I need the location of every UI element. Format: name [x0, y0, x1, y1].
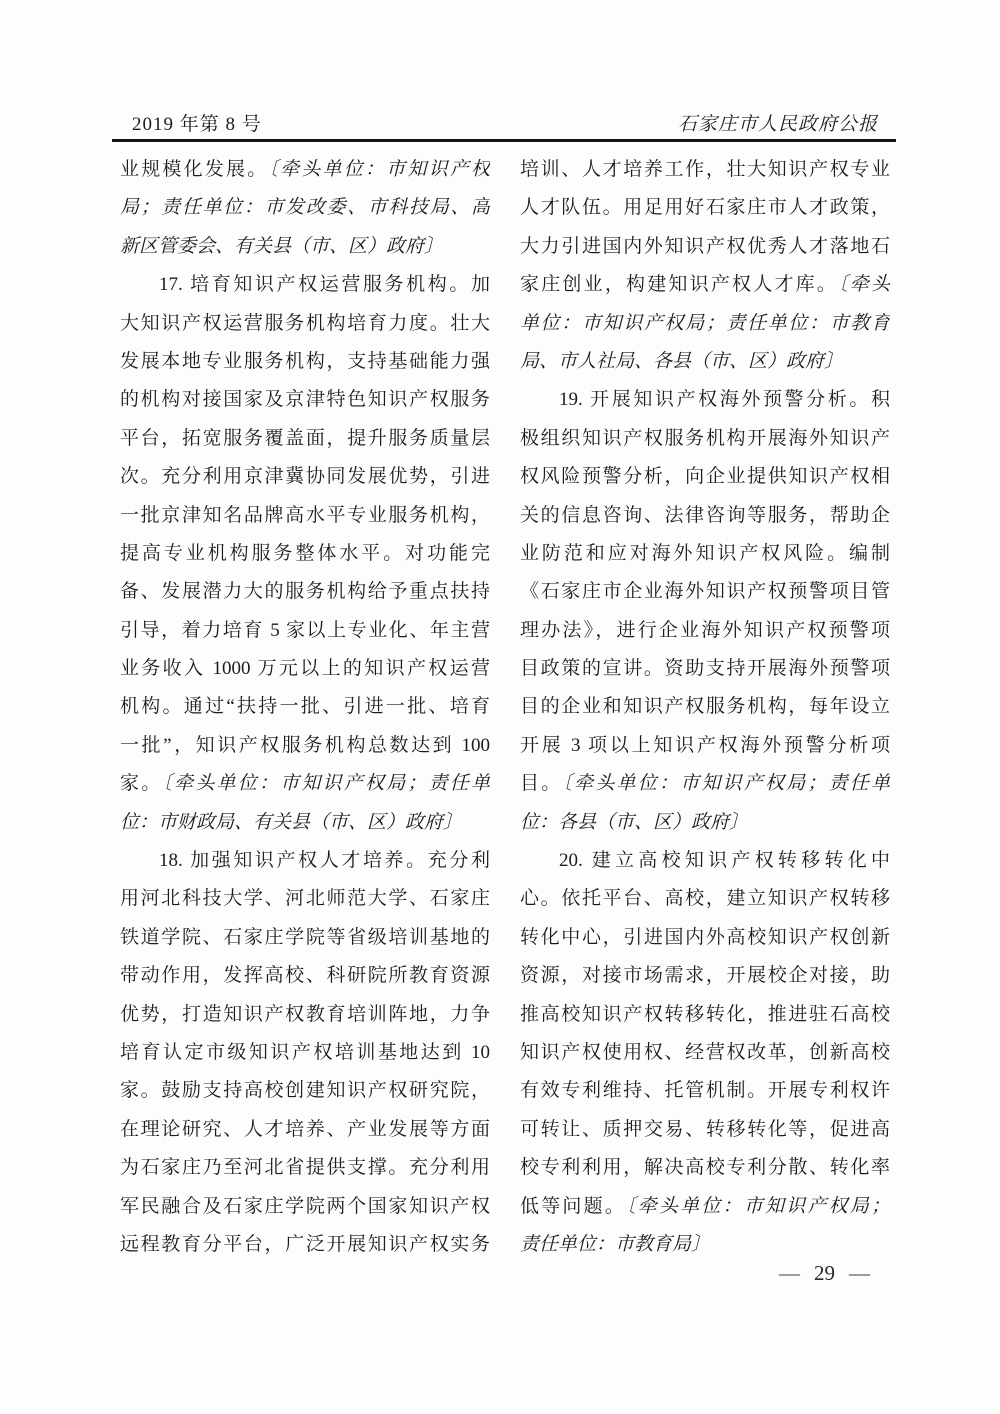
text-line: 人才队伍。用足用好石家庄市人才政策， — [520, 189, 890, 227]
body-text-segment: 转化中心，引进国内外高校知识产权创新 — [520, 927, 890, 948]
body-text-segment: 关的信息咨询、法律咨询等服务，帮助企 — [520, 505, 890, 526]
text-line: 极组织知识产权服务机构开展海外知识产 — [520, 420, 890, 458]
text-line: 铁道学院、石家庄学院等省级培训基地的 — [120, 919, 490, 957]
body-text-segment: 人才队伍。用足用好石家庄市人才政策， — [520, 197, 890, 218]
column-right: 培训、人才培养工作，壮大知识产权专业人才队伍。用足用好石家庄市人才政策，大力引进… — [520, 151, 890, 1264]
body-text-segment: 目。 — [520, 773, 562, 794]
text-line: 培育认定市级知识产权培训基地达到 10 — [120, 1034, 490, 1072]
body-text-segment: 为石家庄乃至河北省提供支撑。充分利用 — [120, 1157, 490, 1178]
body-text-segment: 用河北科技大学、河北师范大学、石家庄 — [120, 888, 490, 909]
body-text-segment: 优势，打造知识产权教育培训阵地，力争 — [120, 1004, 490, 1025]
body-text-segment: 业防范和应对海外知识产权风险。编制 — [520, 543, 890, 564]
text-line: 为石家庄乃至河北省提供支撑。充分利用 — [120, 1149, 490, 1187]
text-line: 20. 建立高校知识产权转移转化中 — [520, 842, 890, 880]
annotation-text-segment: 位：市财政局、有关县（市、区）政府〕 — [120, 812, 462, 833]
body-text-segment: 培育认定市级知识产权培训基地达到 10 — [120, 1042, 490, 1063]
text-line: 17. 培育知识产权运营服务机构。加 — [120, 266, 490, 304]
body-text-segment: 提高专业机构服务整体水平。对功能完 — [120, 543, 490, 564]
body-text-segment: 培训、人才培养工作，壮大知识产权专业 — [520, 159, 890, 180]
annotation-text-segment: 位：各县（市、区）政府〕 — [520, 812, 748, 833]
body-text-segment: 资源，对接市场需求，开展校企对接，助 — [520, 965, 890, 986]
body-text-segment: 业规模化发展。 — [120, 159, 268, 180]
text-line: 局；责任单位：市发改委、市科技局、高 — [120, 189, 490, 227]
annotation-text-segment: 局、市人社局、各县（市、区）政府〕 — [520, 351, 843, 372]
text-line: 的机构对接国家及京津特色知识产权服务 — [120, 381, 490, 419]
body-text-segment: 一批京津知名品牌高水平专业服务机构， — [120, 505, 490, 526]
body-text-segment: 平台，拓宽服务覆盖面，提升服务质量层 — [120, 428, 490, 449]
body-text-segment: 目的企业和知识产权服务机构，每年设立 — [520, 696, 890, 717]
text-line: 军民融合及石家庄学院两个国家知识产权 — [120, 1188, 490, 1226]
body-text-segment: 20. 建立高校知识产权转移转化中 — [559, 850, 890, 871]
body-text-segment: 开展 3 项以上知识产权海外预警分析项 — [520, 735, 890, 756]
body-text-segment: 校专利利用，解决高校专利分散、转化率 — [520, 1157, 890, 1178]
text-line: 业防范和应对海外知识产权风险。编制 — [520, 535, 890, 573]
body-text-segment: 知识产权使用权、经营权改革，创新高校 — [520, 1042, 890, 1063]
text-line: 平台，拓宽服务覆盖面，提升服务质量层 — [120, 420, 490, 458]
text-line: 知识产权使用权、经营权改革，创新高校 — [520, 1034, 890, 1072]
text-line: 发展本地专业服务机构，支持基础能力强 — [120, 343, 490, 381]
text-line: 心。依托平台、高校，建立知识产权转移 — [520, 880, 890, 918]
annotation-text-segment: 〔牵头单位：市知识产权局；责任单 — [562, 773, 890, 794]
text-line: 远程教育分平台，广泛开展知识产权实务 — [120, 1226, 490, 1264]
text-line: 在理论研究、人才培养、产业发展等方面 — [120, 1111, 490, 1149]
body-text-segment: 业务收入 1000 万元以上的知识产权运营 — [120, 658, 490, 679]
body-text-segment: 家庄创业，构建知识产权人才库。 — [520, 274, 838, 295]
annotation-text-segment: 单位：市知识产权局；责任单位：市教育 — [520, 313, 890, 334]
body-text-segment: 极组织知识产权服务机构开展海外知识产 — [520, 428, 890, 449]
body-text-segment: 家。 — [120, 773, 162, 794]
text-line: 提高专业机构服务整体水平。对功能完 — [120, 535, 490, 573]
issue-number: 2019 年第 8 号 — [132, 115, 262, 134]
text-line: 业规模化发展。〔牵头单位：市知识产权 — [120, 151, 490, 189]
text-line: 培训、人才培养工作，壮大知识产权专业 — [520, 151, 890, 189]
body-text-segment: 心。依托平台、高校，建立知识产权转移 — [520, 888, 890, 909]
text-line: 关的信息咨询、法律咨询等服务，帮助企 — [520, 497, 890, 535]
text-line: 一批京津知名品牌高水平专业服务机构， — [120, 497, 490, 535]
gazette-title: 石家庄市人民政府公报 — [678, 115, 878, 134]
page-number: — 29 — — [779, 1256, 870, 1290]
body-text-segment: 推高校知识产权转移转化，推进驻石高校 — [520, 1004, 890, 1025]
column-left: 业规模化发展。〔牵头单位：市知识产权局；责任单位：市发改委、市科技局、高新区管委… — [120, 151, 490, 1264]
body-text-segment: 引导，着力培育 5 家以上专业化、年主营 — [120, 620, 490, 641]
text-line: 业务收入 1000 万元以上的知识产权运营 — [120, 650, 490, 688]
page-number-dash-right: — — [849, 1261, 870, 1286]
text-line: 开展 3 项以上知识产权海外预警分析项 — [520, 727, 890, 765]
text-line: 校专利利用，解决高校专利分散、转化率 — [520, 1149, 890, 1187]
body-text-segment: 在理论研究、人才培养、产业发展等方面 — [120, 1119, 490, 1140]
text-line: 可转让、质押交易、转移转化等，促进高 — [520, 1111, 890, 1149]
body-text-segment: 大知识产权运营服务机构培育力度。壮大 — [120, 313, 490, 334]
page-header: 2019 年第 8 号 石家庄市人民政府公报 — [120, 100, 890, 134]
body-text-segment: 军民融合及石家庄学院两个国家知识产权 — [120, 1196, 490, 1217]
annotation-text-segment: 〔牵头单位：市知识产权局； — [626, 1196, 890, 1217]
body-text-segment: 有效专利维持、托管机制。开展专利权许 — [520, 1080, 890, 1101]
body-text-segment: 17. 培育知识产权运营服务机构。加 — [159, 274, 490, 295]
text-line: 家。鼓励支持高校创建知识产权研究院， — [120, 1072, 490, 1110]
body-text-segment: 远程教育分平台，广泛开展知识产权实务 — [120, 1234, 490, 1255]
text-line: 次。充分利用京津冀协同发展优势，引进 — [120, 458, 490, 496]
text-line: 大力引进国内外知识产权优秀人才落地石 — [520, 228, 890, 266]
body-text-segment: 备、发展潜力大的服务机构给予重点扶持 — [120, 581, 490, 602]
annotation-text-segment: 局；责任单位：市发改委、市科技局、高 — [120, 197, 490, 218]
text-line: 一批”，知识产权服务机构总数达到 100 — [120, 727, 490, 765]
body-text-segment: 机构。通过“扶持一批、引进一批、培育 — [120, 696, 490, 717]
body-text-segment: 19. 开展知识产权海外预警分析。积 — [559, 389, 890, 410]
text-line: 家庄创业，构建知识产权人才库。〔牵头 — [520, 266, 890, 304]
body-text-segment: 可转让、质押交易、转移转化等，促进高 — [520, 1119, 890, 1140]
body-text-segment: 的机构对接国家及京津特色知识产权服务 — [120, 389, 490, 410]
text-line: 低等问题。〔牵头单位：市知识产权局； — [520, 1188, 890, 1226]
text-line: 位：各县（市、区）政府〕 — [520, 804, 890, 842]
body-text-segment: 一批”，知识产权服务机构总数达到 100 — [120, 735, 490, 756]
text-line: 目。〔牵头单位：市知识产权局；责任单 — [520, 765, 890, 803]
text-line: 带动作用，发挥高校、科研院所教育资源 — [120, 957, 490, 995]
text-line: 18. 加强知识产权人才培养。充分利 — [120, 842, 490, 880]
text-line: 目政策的宣讲。资助支持开展海外预警项 — [520, 650, 890, 688]
text-line: 优势，打造知识产权教育培训阵地，力争 — [120, 996, 490, 1034]
page-number-dash-left: — — [779, 1261, 800, 1286]
body-text-segment: 铁道学院、石家庄学院等省级培训基地的 — [120, 927, 490, 948]
text-line: 新区管委会、有关县（市、区）政府〕 — [120, 228, 490, 266]
text-line: 局、市人社局、各县（市、区）政府〕 — [520, 343, 890, 381]
annotation-text-segment: 〔牵头单位：市知识产权局；责任单 — [162, 773, 490, 794]
body-text-segment: 大力引进国内外知识产权优秀人才落地石 — [520, 236, 890, 257]
text-line: 机构。通过“扶持一批、引进一批、培育 — [120, 688, 490, 726]
page-number-value: 29 — [814, 1261, 835, 1286]
text-line: 《石家庄市企业海外知识产权预警项目管 — [520, 573, 890, 611]
text-line: 位：市财政局、有关县（市、区）政府〕 — [120, 804, 490, 842]
text-line: 资源，对接市场需求，开展校企对接，助 — [520, 957, 890, 995]
text-line: 家。〔牵头单位：市知识产权局；责任单 — [120, 765, 490, 803]
annotation-text-segment: 〔牵头单位：市知识产权 — [268, 159, 490, 180]
body-text-segment: 理办法》，进行企业海外知识产权预警项 — [520, 620, 890, 641]
text-line: 有效专利维持、托管机制。开展专利权许 — [520, 1072, 890, 1110]
text-line: 备、发展潜力大的服务机构给予重点扶持 — [120, 573, 490, 611]
body-text-segment: 18. 加强知识产权人才培养。充分利 — [159, 850, 490, 871]
body-text-segment: 《石家庄市企业海外知识产权预警项目管 — [520, 581, 890, 602]
text-line: 大知识产权运营服务机构培育力度。壮大 — [120, 305, 490, 343]
body-text-segment: 权风险预警分析，向企业提供知识产权相 — [520, 466, 890, 487]
text-line: 单位：市知识产权局；责任单位：市教育 — [520, 305, 890, 343]
text-line: 引导，着力培育 5 家以上专业化、年主营 — [120, 612, 490, 650]
body-text-segment: 低等问题。 — [520, 1196, 626, 1217]
body-columns: 业规模化发展。〔牵头单位：市知识产权局；责任单位：市发改委、市科技局、高新区管委… — [120, 151, 890, 1264]
text-line: 理办法》，进行企业海外知识产权预警项 — [520, 612, 890, 650]
annotation-text-segment: 〔牵头 — [838, 274, 890, 295]
text-line: 转化中心，引进国内外高校知识产权创新 — [520, 919, 890, 957]
text-line: 目的企业和知识产权服务机构，每年设立 — [520, 688, 890, 726]
body-text-segment: 家。鼓励支持高校创建知识产权研究院， — [120, 1080, 490, 1101]
body-text-segment: 带动作用，发挥高校、科研院所教育资源 — [120, 965, 490, 986]
body-text-segment: 目政策的宣讲。资助支持开展海外预警项 — [520, 658, 890, 679]
text-line: 推高校知识产权转移转化，推进驻石高校 — [520, 996, 890, 1034]
annotation-text-segment: 新区管委会、有关县（市、区）政府〕 — [120, 236, 443, 257]
annotation-text-segment: 责任单位：市教育局〕 — [520, 1234, 710, 1255]
text-line: 权风险预警分析，向企业提供知识产权相 — [520, 458, 890, 496]
gazette-page: 2019 年第 8 号 石家庄市人民政府公报 业规模化发展。〔牵头单位：市知识产… — [0, 0, 1000, 1414]
body-text-segment: 发展本地专业服务机构，支持基础能力强 — [120, 351, 490, 372]
text-line: 用河北科技大学、河北师范大学、石家庄 — [120, 880, 490, 918]
body-text-segment: 次。充分利用京津冀协同发展优势，引进 — [120, 466, 490, 487]
header-rule — [112, 139, 896, 142]
text-line: 19. 开展知识产权海外预警分析。积 — [520, 381, 890, 419]
